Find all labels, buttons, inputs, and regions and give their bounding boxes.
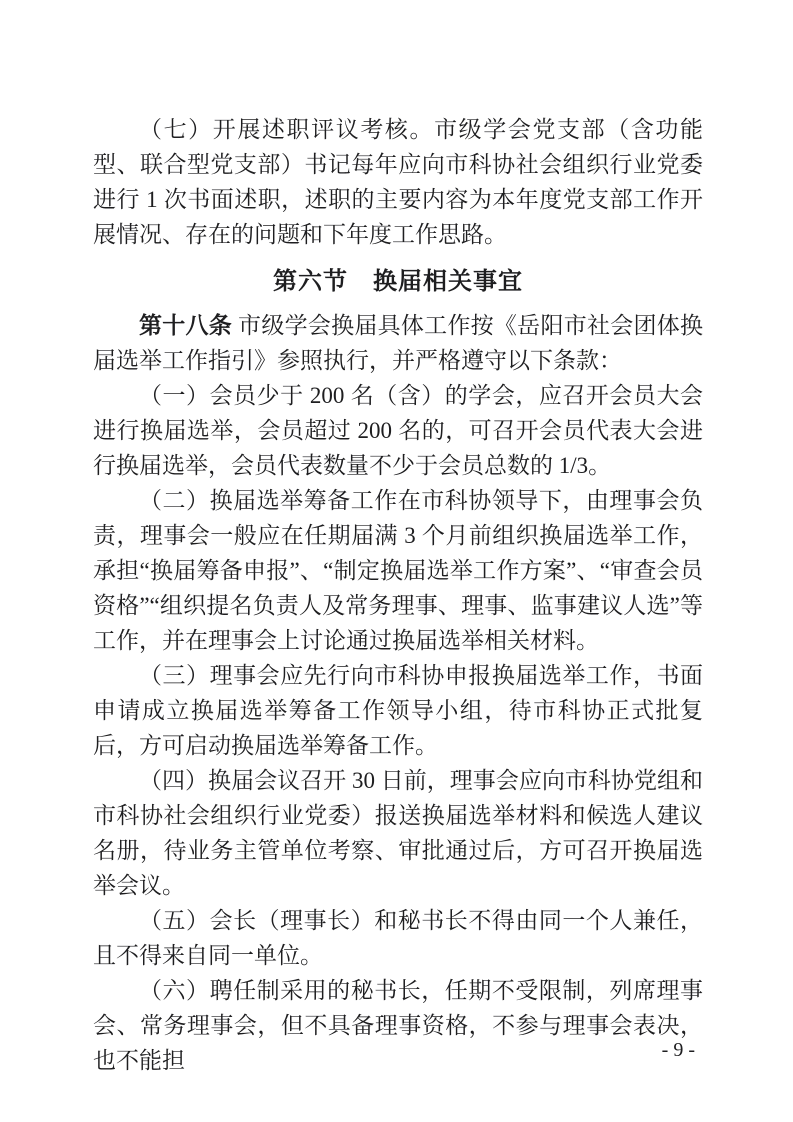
paragraph-item-7: （七）开展述职评议考核。市级学会党支部（含功能型、联合型党支部）书记每年应向市科… <box>93 112 703 252</box>
paragraph-article-18: 第十八条 市级学会换届具体工作按《岳阳市社会团体换届选举工作指引》参照执行，并严… <box>93 308 703 378</box>
paragraph-clause-6: （六）聘任制采用的秘书长，任期不受限制，列席理事会、常务理事会，但不具备理事资格… <box>93 973 703 1078</box>
paragraph-clause-3: （三）理事会应先行向市科协申报换届选举工作，书面申请成立换届选举筹备工作领导小组… <box>93 658 703 763</box>
page-number: - 9 - <box>662 1038 695 1062</box>
document-body: （七）开展述职评议考核。市级学会党支部（含功能型、联合型党支部）书记每年应向市科… <box>93 112 703 1078</box>
paragraph-clause-1: （一）会员少于 200 名（含）的学会，应召开会员大会进行换届选举，会员超过 2… <box>93 378 703 483</box>
paragraph-clause-4: （四）换届会议召开 30 日前，理事会应向市科协党组和市科协社会组织行业党委）报… <box>93 763 703 903</box>
document-page: （七）开展述职评议考核。市级学会党支部（含功能型、联合型党支部）书记每年应向市科… <box>0 0 793 1122</box>
paragraph-clause-2: （二）换届选举筹备工作在市科协领导下，由理事会负责，理事会一般应在任期届满 3 … <box>93 483 703 658</box>
article-number: 第十八条 <box>139 313 232 338</box>
paragraph-clause-5: （五）会长（理事长）和秘书长不得由同一个人兼任，且不得来自同一单位。 <box>93 903 703 973</box>
section-heading: 第六节 换届相关事宜 <box>93 264 703 300</box>
